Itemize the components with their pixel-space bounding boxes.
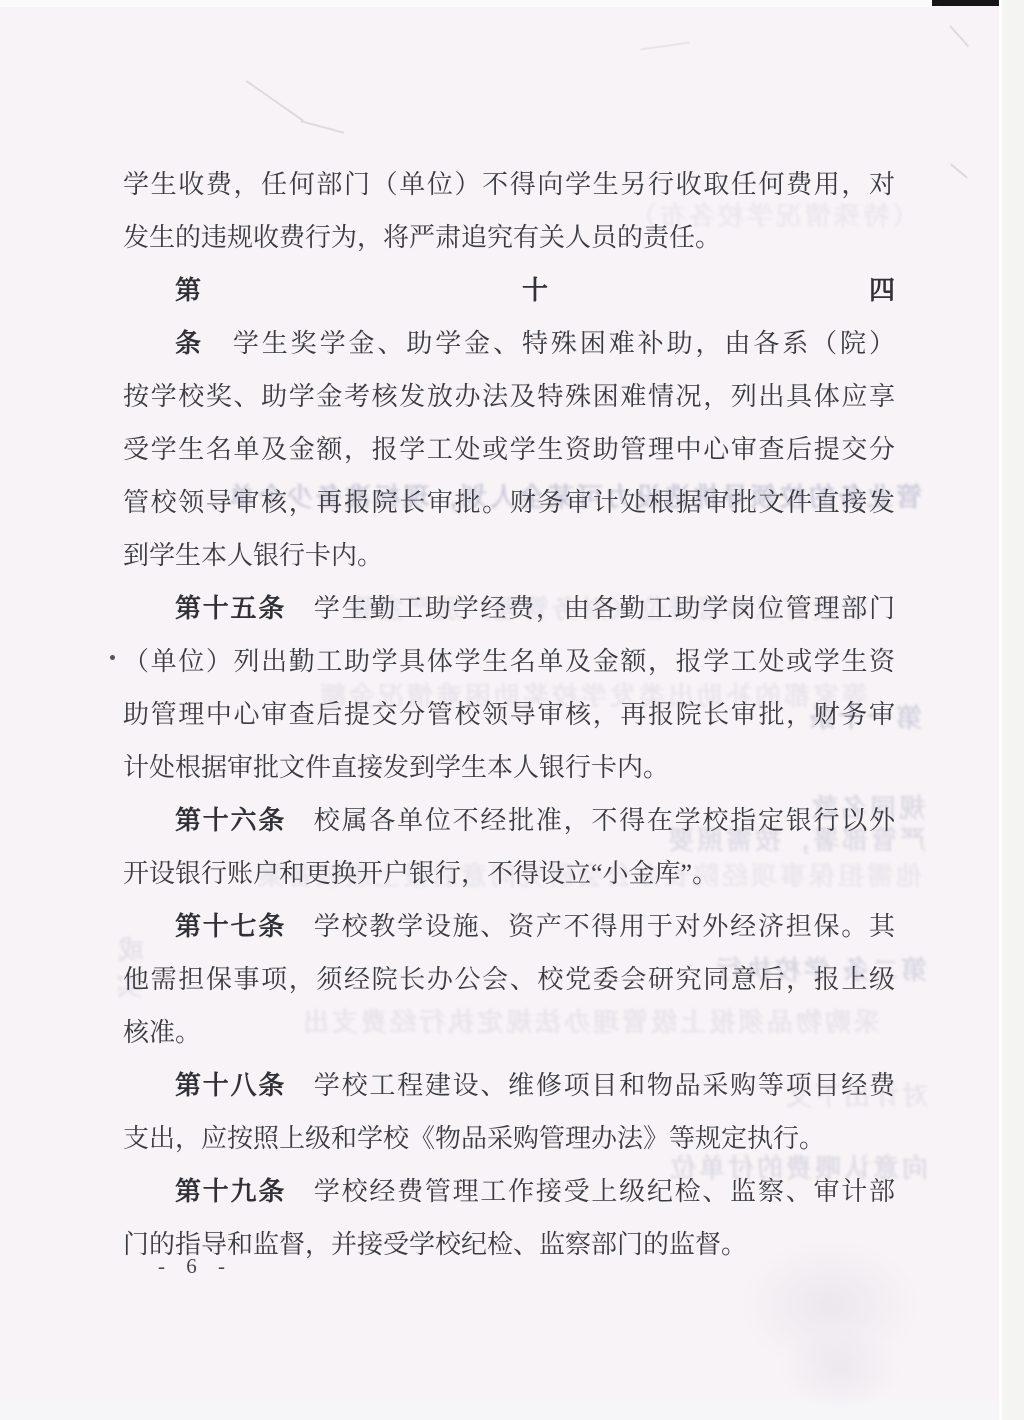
article-number: 第十九条: [175, 1176, 286, 1206]
text-line: 第十七条 学校教学设施、资产不得用于对外经济担保。其: [123, 900, 895, 953]
line-text: 他需担保事项，须经院长办公会、校党委会研究同意后，报上级: [123, 965, 895, 994]
text-line: 支出，应按照上级和学校《物品采购管理办法》等规定执行。: [123, 1112, 895, 1165]
line-text: 发生的违规收费行为，将严肃追究有关人员的责任。: [123, 223, 721, 252]
pencil-mark: [640, 42, 690, 51]
text-line: 核准。: [123, 1006, 895, 1059]
article-number: 第十七条: [175, 911, 286, 941]
text-line: 第十五条 学生勤工助学经费，由各勤工助学岗位管理部门: [123, 582, 895, 635]
pencil-mark: [246, 80, 304, 122]
text-line: 计处根据审批文件直接发到学生本人银行卡内。: [123, 741, 895, 794]
text-line: 管校领导审核，再报院长审批。财务审计处根据审批文件直接发: [123, 476, 895, 529]
article-number: 第十六条: [175, 805, 286, 835]
pencil-mark: [950, 163, 968, 179]
line-text: 学生收费，任何部门（单位）不得向学生另行收取任何费用，对: [123, 170, 895, 199]
line-text: 核准。: [123, 1018, 201, 1047]
line-text: 受学生名单及金额，报学工处或学生资助管理中心审查后提交分: [123, 435, 895, 464]
line-text: （单位）列出勤工助学具体学生名单及金额，报学工处或学生资: [123, 647, 895, 676]
article-number: 第十八条: [175, 1070, 286, 1100]
text-line: 第十九条 学校经费管理工作接受上级纪检、监察、审计部: [123, 1165, 895, 1218]
text-line: 开设银行账户和更换开户银行，不得设立“小金库”。: [123, 847, 895, 900]
line-text: 学生勤工助学经费，由各勤工助学岗位管理部门: [286, 594, 895, 623]
scan-right-edge: [999, 0, 1024, 1420]
line-text: 校属各单位不经批准，不得在学校指定银行以外: [286, 806, 895, 835]
text-line: 发生的违规收费行为，将严肃追究有关人员的责任。: [123, 211, 895, 264]
text-line: 第十八条 学校工程建设、维修项目和物品采购等项目经费: [123, 1059, 895, 1112]
pencil-mark: [301, 120, 345, 134]
scan-bottom-edge: [0, 1400, 999, 1420]
text-line: 助管理中心审查后提交分管校领导审核，再报院长审批，财务审: [123, 688, 895, 741]
line-text: 学校经费管理工作接受上级纪检、监察、审计部: [286, 1177, 895, 1206]
pencil-mark: [949, 25, 969, 47]
text-line: 第十四条 学生奖学金、助学金、特殊困难补助，由各系（院）: [123, 264, 895, 370]
text-line: 第十六条 校属各单位不经批准，不得在学校指定银行以外: [123, 794, 895, 847]
page-number: - 6 -: [158, 1254, 233, 1279]
text-line: 他需担保事项，须经院长办公会、校党委会研究同意后，报上级: [123, 953, 895, 1006]
text-line: 受学生名单及金额，报学工处或学生资助管理中心审查后提交分: [123, 423, 895, 476]
line-text: 开设银行账户和更换开户银行，不得设立“小金库”。: [123, 859, 718, 888]
line-text: 管校领导审核，再报院长审批。财务审计处根据审批文件直接发: [123, 488, 895, 517]
text-line: 学生收费，任何部门（单位）不得向学生另行收取任何费用，对: [123, 158, 895, 211]
text-line: 按学校奖、助学金考核发放办法及特殊困难情况，列出具体应享: [123, 370, 895, 423]
ink-speck: [110, 655, 115, 660]
paper-stain: [780, 1330, 900, 1410]
text-line: （单位）列出勤工助学具体学生名单及金额，报学工处或学生资: [123, 635, 895, 688]
line-text: 学校工程建设、维修项目和物品采购等项目经费: [286, 1071, 895, 1100]
text-line: 到学生本人银行卡内。: [123, 529, 895, 582]
scan-top-edge: [0, 0, 940, 7]
line-text: 到学生本人银行卡内。: [123, 541, 383, 570]
line-text: 学生奖学金、助学金、特殊困难补助，由各系（院）: [204, 329, 895, 358]
line-text: 学校教学设施、资产不得用于对外经济担保。其: [286, 912, 895, 941]
text-line: 门的指导和监督，并接受学校纪检、监察部门的监督。: [123, 1218, 895, 1271]
scanned-document-page: （特殊情况学校各布）管业务的校领导挑选设力可某全人划，现标准备少个单字数有以本管…: [0, 0, 1024, 1420]
text-block: 学生收费，任何部门（单位）不得向学生另行收取任何费用，对发生的违规收费行为，将严…: [123, 158, 895, 1271]
line-text: 按学校奖、助学金考核发放办法及特殊困难情况，列出具体应享: [123, 382, 895, 411]
line-text: 助管理中心审查后提交分管校领导审核，再报院长审批，财务审: [123, 700, 895, 729]
line-text: 支出，应按照上级和学校《物品采购管理办法》等规定执行。: [123, 1124, 825, 1153]
line-text: 计处根据审批文件直接发到学生本人银行卡内。: [123, 753, 669, 782]
article-number: 第十五条: [175, 593, 286, 623]
